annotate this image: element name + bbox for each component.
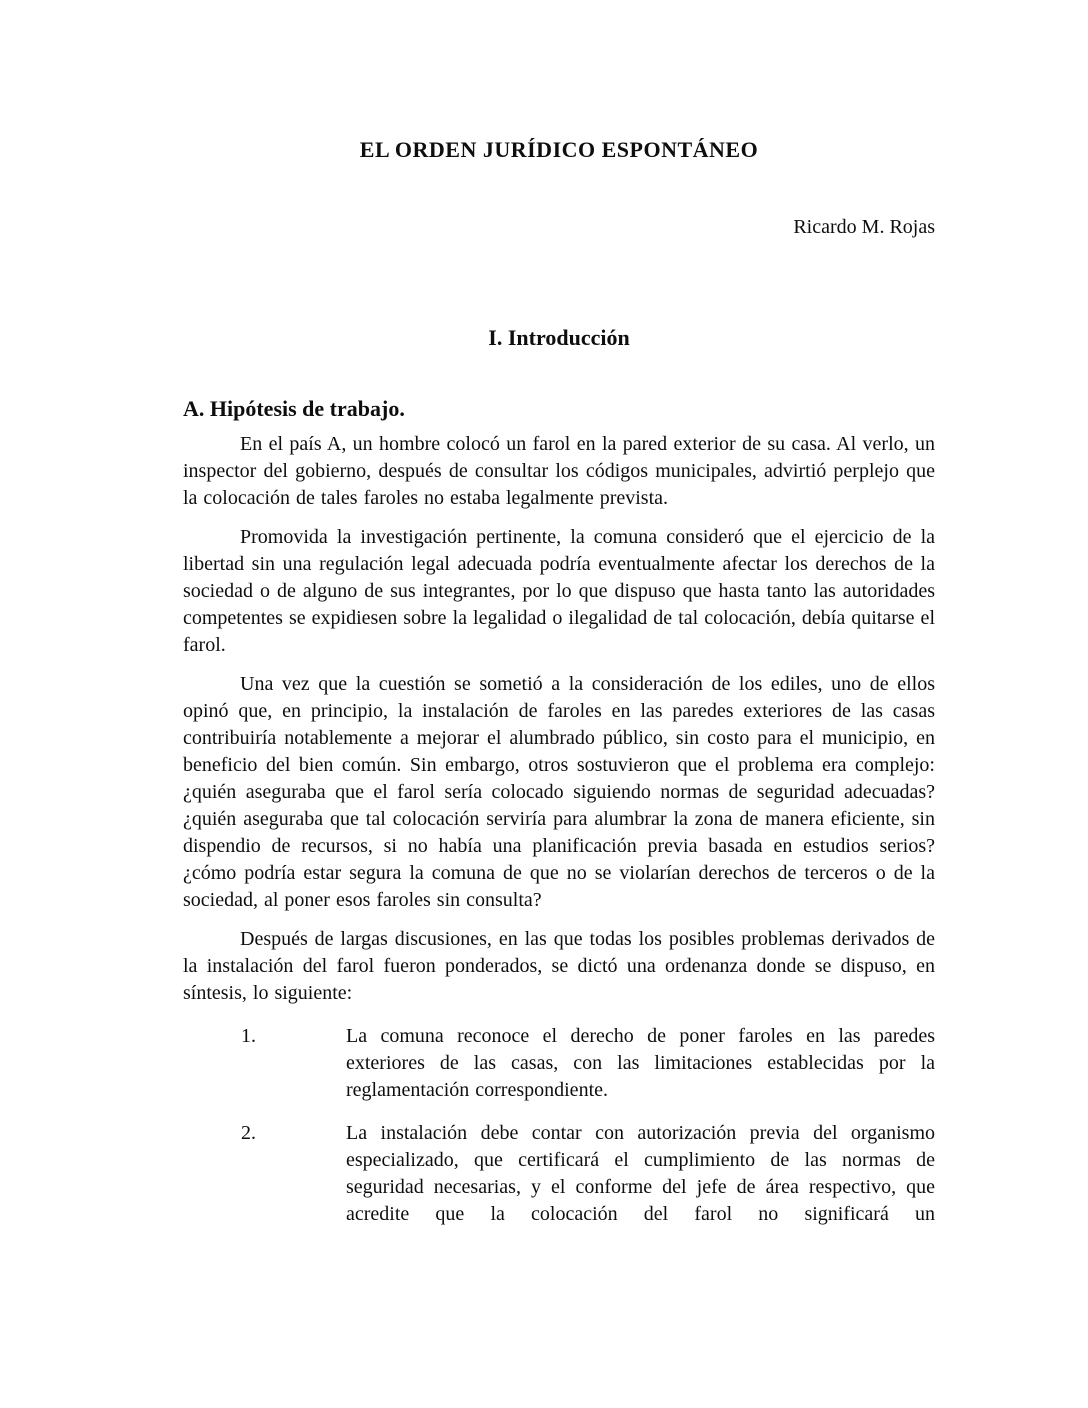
paragraph-2: Promovida la investigación pertinente, l… bbox=[183, 524, 935, 659]
paragraph-4: Después de largas discusiones, en las qu… bbox=[183, 926, 935, 1007]
section-heading-introduction: I. Introducción bbox=[183, 324, 935, 351]
paragraph-1: En el país A, un hombre colocó un farol … bbox=[183, 431, 935, 512]
list-item-1: 1. La comuna reconoce el derecho de pone… bbox=[183, 1023, 935, 1104]
subsection-heading-hypothesis: A. Hipótesis de trabajo. bbox=[183, 395, 935, 422]
paragraph-3: Una vez que la cuestión se sometió a la … bbox=[183, 671, 935, 914]
list-item-1-number: 1. bbox=[241, 1023, 346, 1104]
document-title: EL ORDEN JURÍDICO ESPONTÁNEO bbox=[183, 136, 935, 163]
ordinance-list: 1. La comuna reconoce el derecho de pone… bbox=[183, 1023, 935, 1228]
list-item-2-text: La instalación debe contar con autorizac… bbox=[346, 1120, 935, 1228]
list-item-1-text: La comuna reconoce el derecho de poner f… bbox=[346, 1023, 935, 1104]
author-name: Ricardo M. Rojas bbox=[183, 214, 935, 241]
document-page: EL ORDEN JURÍDICO ESPONTÁNEO Ricardo M. … bbox=[0, 0, 1088, 1408]
list-item-2: 2. La instalación debe contar con autori… bbox=[183, 1120, 935, 1228]
list-item-2-number: 2. bbox=[241, 1120, 346, 1228]
